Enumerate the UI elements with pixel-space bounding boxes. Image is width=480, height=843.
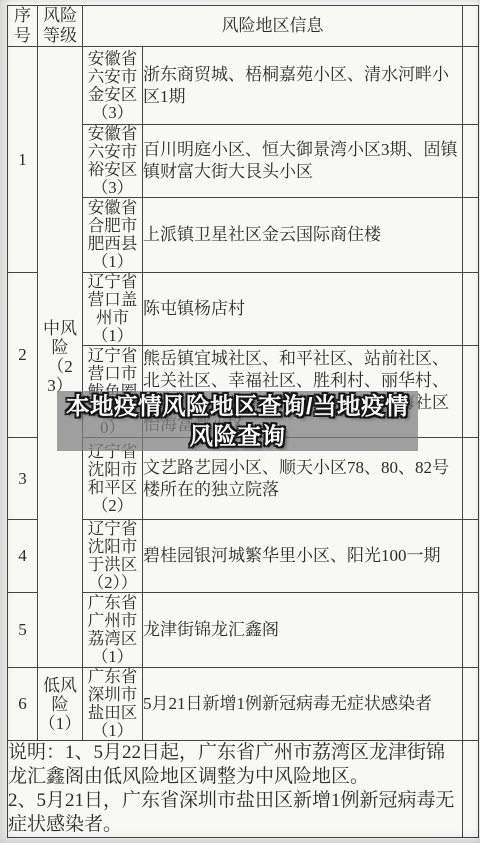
- header-spacer: [463, 6, 479, 47]
- region-cell: 辽宁省 营口盖 州市 （1）: [83, 273, 143, 346]
- spacer-cell: [463, 668, 479, 741]
- info-cell: 陈屯镇杨店村: [143, 273, 463, 346]
- region-cell: 辽宁省 沈阳市 于洪区 （2））: [83, 520, 143, 593]
- spacer-cell: [463, 520, 479, 593]
- risk-level-cell-medium: 中风 险 （2 3）: [38, 47, 83, 668]
- spacer-cell: [463, 198, 479, 273]
- serial-cell: 4: [8, 520, 38, 593]
- info-cell: 碧桂园银河城繁华里小区、阳光100一期: [143, 520, 463, 593]
- spacer-cell: [463, 593, 479, 668]
- region-cell: 安徽省 六安市 裕安区 （3）: [83, 125, 143, 198]
- region-cell: 广东省 深圳市 盐田区 （1）: [83, 668, 143, 741]
- promo-overlay-text: 本地疫情风险地区查询/当地疫情风险查询: [57, 391, 418, 451]
- spacer-cell: [463, 438, 479, 520]
- serial-cell: 1: [8, 47, 38, 273]
- region-cell: 安徽省 六安市 金安区 （3）: [83, 47, 143, 125]
- info-cell: 浙东商贸城、梧桐嘉苑小区、清水河畔小区1期: [143, 47, 463, 125]
- info-cell: 5月21日新增1例新冠病毒无症状感染者: [143, 668, 463, 741]
- serial-cell: 6: [8, 668, 38, 741]
- serial-cell: 3: [8, 438, 38, 520]
- table-row: 1 中风 险 （2 3） 安徽省 六安市 金安区 （3） 浙东商贸城、梧桐嘉苑小…: [8, 47, 479, 125]
- spacer-cell: [463, 346, 479, 438]
- table-header-row: 序 号 风险 等级 风险地区信息: [8, 6, 479, 47]
- region-cell: 安徽省 合肥市 肥西县 （1）: [83, 198, 143, 273]
- header-serial: 序 号: [8, 6, 38, 47]
- header-risk-area-info: 风险地区信息: [83, 6, 463, 47]
- spacer-cell: [463, 47, 479, 125]
- spacer-cell: [463, 273, 479, 346]
- info-cell: 上派镇卫星社区金云国际商住楼: [143, 198, 463, 273]
- spacer-cell: [463, 741, 479, 838]
- info-cell: 龙津街锦龙汇鑫阁: [143, 593, 463, 668]
- risk-level-cell-low: 低风 险 （1）: [38, 668, 83, 741]
- note-row: 说明：1、5月22日起，广东省广州市荔湾区龙津街锦龙汇鑫阁由低风险地区调整为中风…: [8, 741, 479, 838]
- spacer-cell: [463, 125, 479, 198]
- screenshot-root: 序 号 风险 等级 风险地区信息 1 中风 险 （2 3） 安徽省 六安市 金安…: [0, 0, 480, 843]
- promo-overlay-banner: 本地疫情风险地区查询/当地疫情风险查询: [57, 391, 418, 451]
- serial-cell: 2: [8, 273, 38, 438]
- info-cell: 百川明庭小区、恒大御景湾小区3期、固镇镇财富大街大艮头小区: [143, 125, 463, 198]
- region-cell: 广东省 广州市 荔湾区 （1）: [83, 593, 143, 668]
- table-row: 6 低风 险 （1） 广东省 深圳市 盐田区 （1） 5月21日新增1例新冠病毒…: [8, 668, 479, 741]
- header-risk-level: 风险 等级: [38, 6, 83, 47]
- serial-cell: 5: [8, 593, 38, 668]
- note-cell: 说明：1、5月22日起，广东省广州市荔湾区龙津街锦龙汇鑫阁由低风险地区调整为中风…: [8, 741, 463, 838]
